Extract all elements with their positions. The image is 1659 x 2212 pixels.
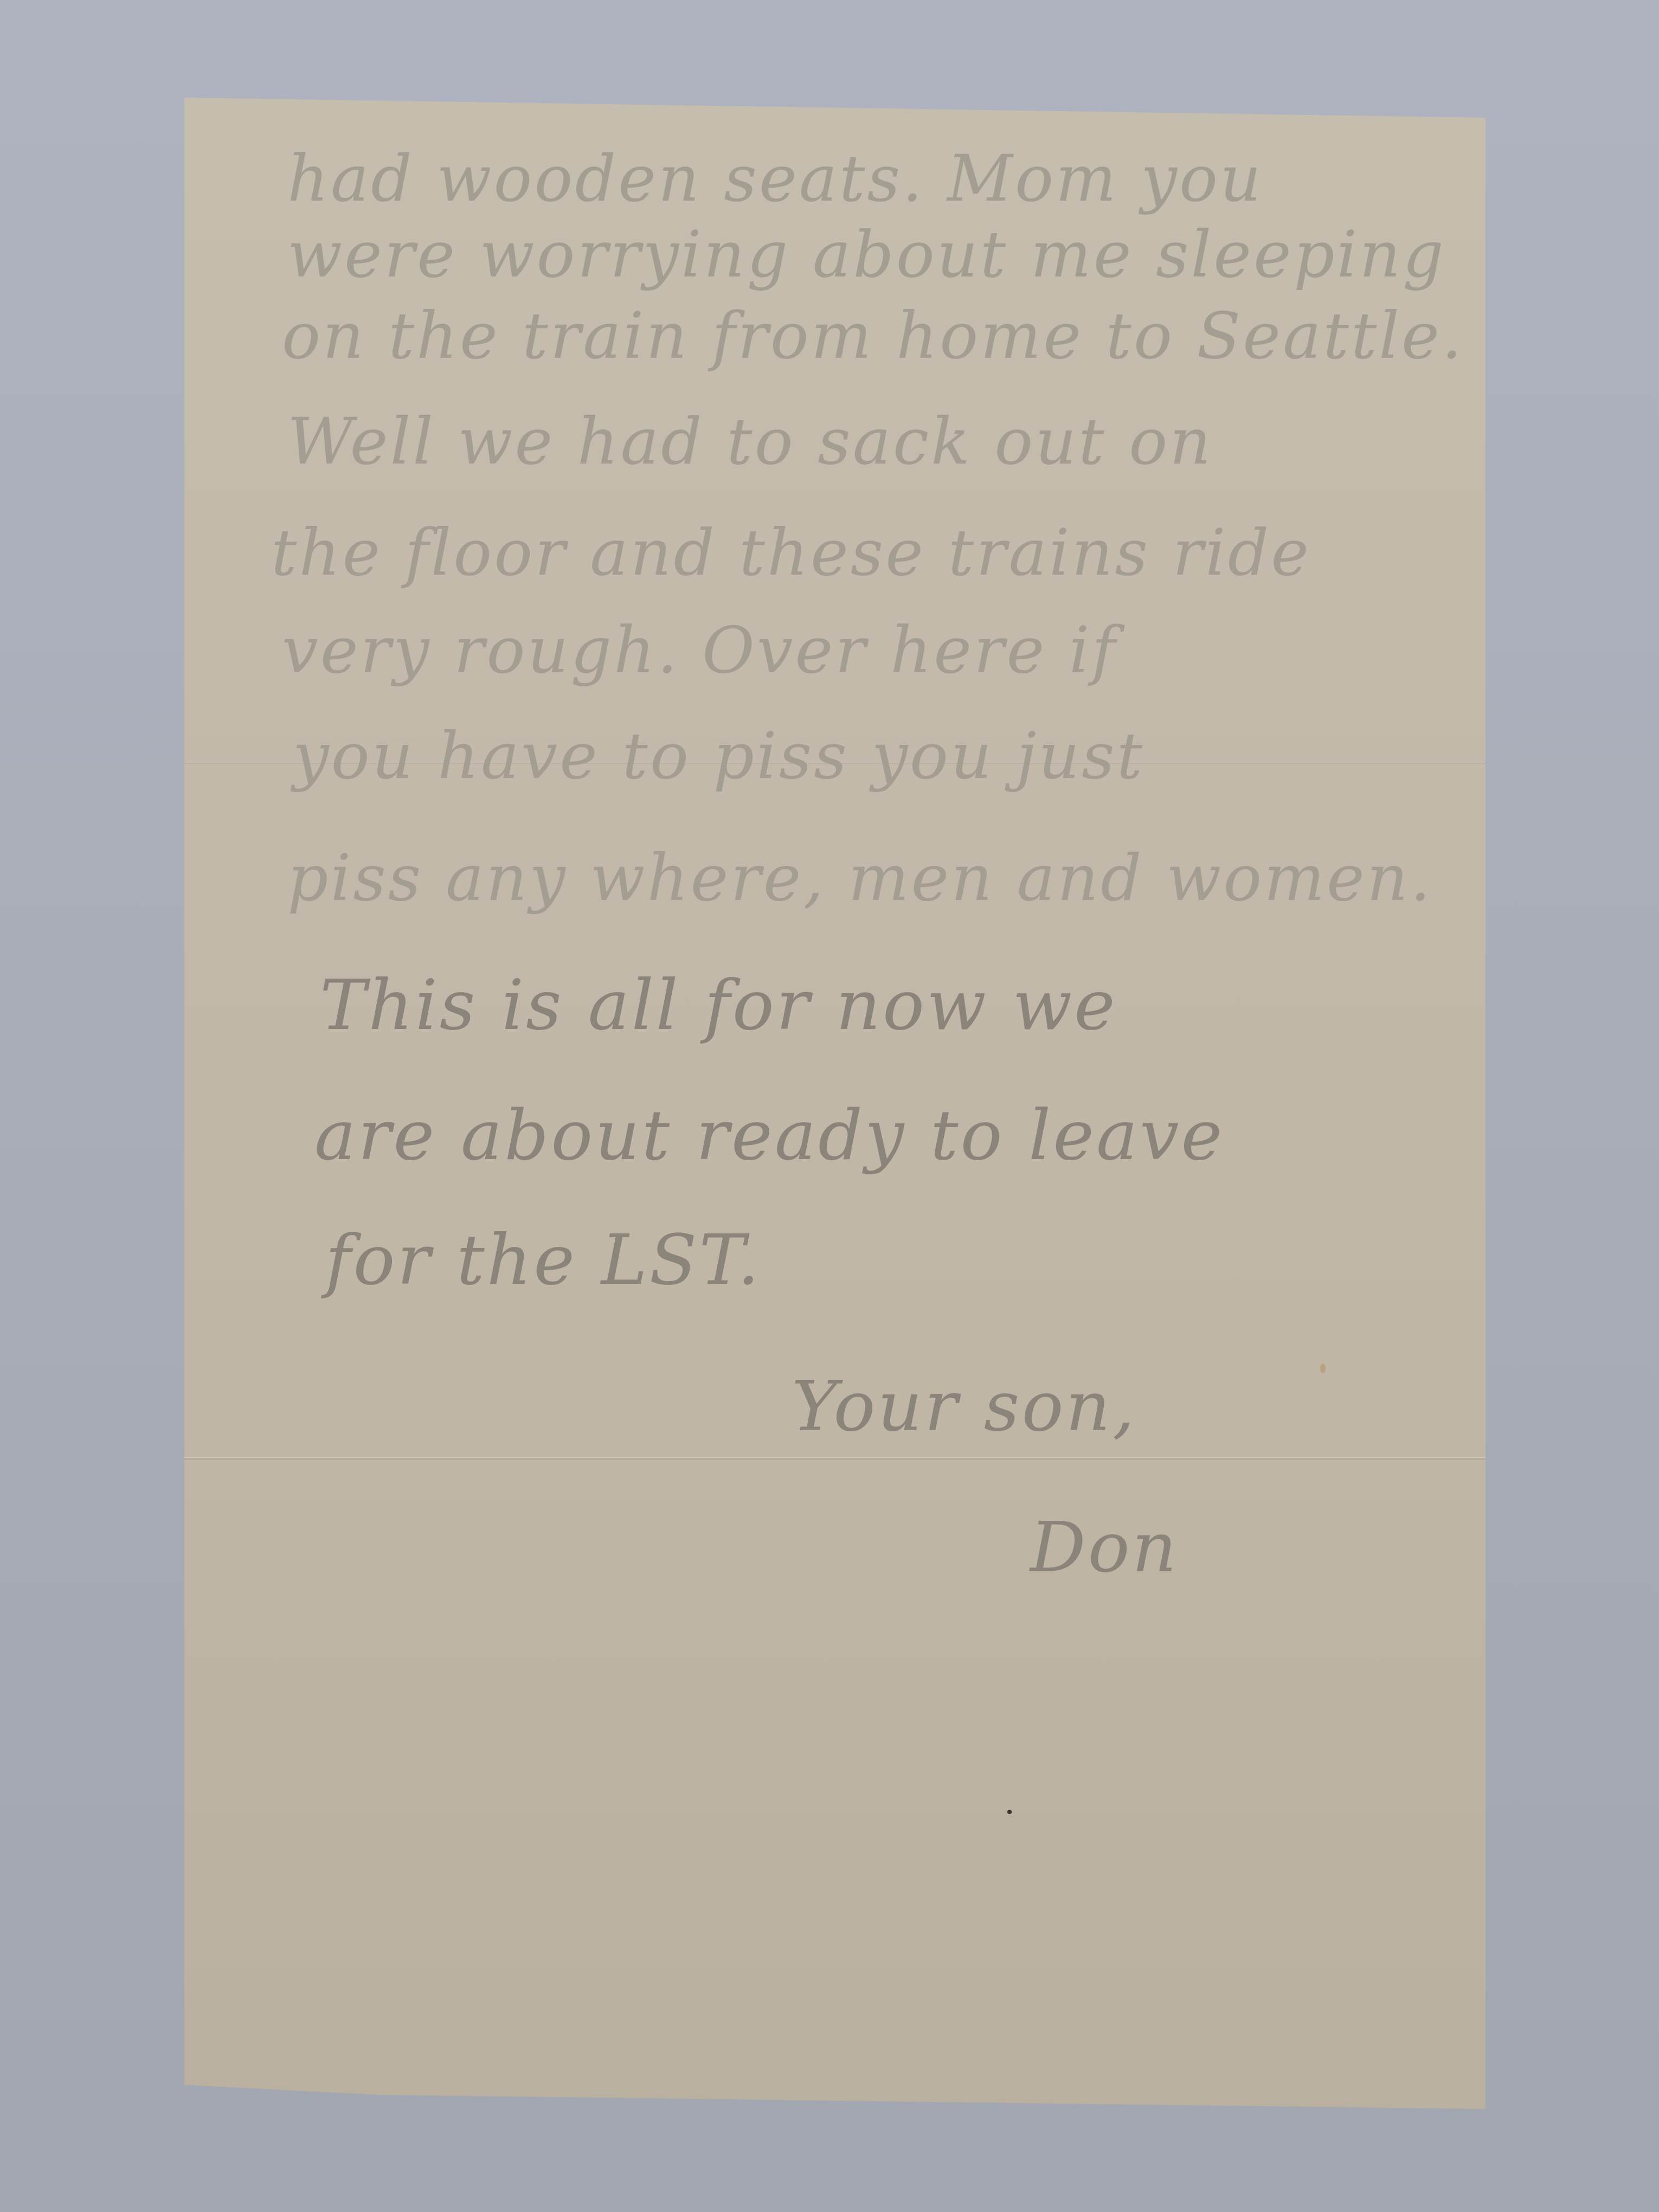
letter-line-5: the floor and these trains ride [271,515,1311,590]
letter-line-9: This is all for now we [320,965,1117,1046]
letter-signature: Don [1030,1507,1179,1588]
letter-line-4: Well we had to sack out on [287,404,1213,479]
letter-line-6: very rough. Over here if [282,613,1117,687]
stain-spot [1320,1364,1326,1373]
letter-line-10: are about ready to leave [314,1095,1224,1176]
letter-closing: Your son, [792,1366,1137,1447]
ink-dot [1007,1810,1012,1814]
letter-line-11: for the LST. [325,1220,762,1301]
letter-paper: had wooden seats. Mom you were worrying … [184,98,1486,2109]
letter-line-2: were worrying about me sleeping [287,217,1446,292]
letter-line-1: had wooden seats. Mom you [287,141,1263,216]
letter-line-8: piss any where, men and women. [287,840,1432,915]
letter-line-7: you have to piss you just [293,718,1144,793]
fold-crease-lower [184,1457,1486,1459]
letter-line-3: on the train from home to Seattle. [282,298,1464,373]
